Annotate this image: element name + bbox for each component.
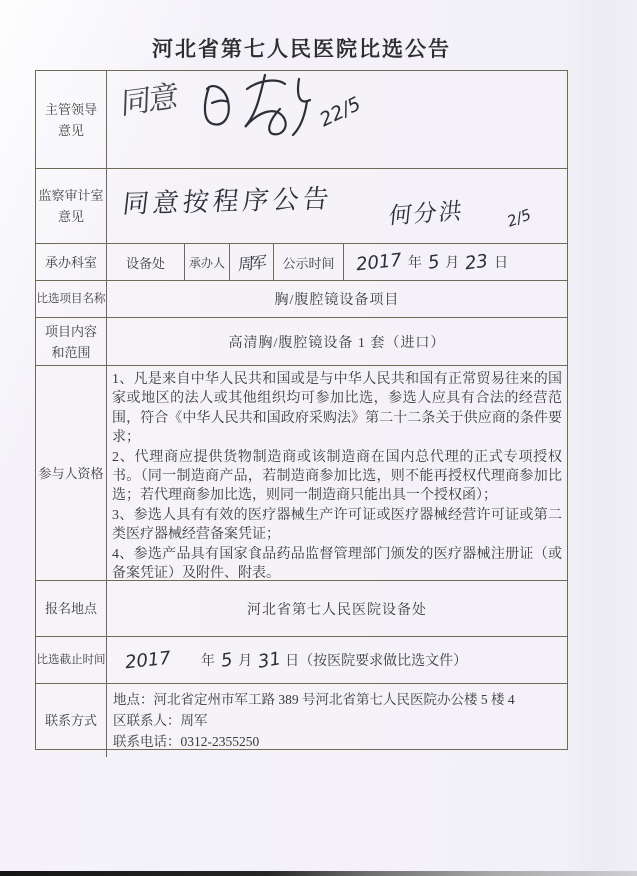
audit-approval-handwriting: 同意按程序公告 <box>121 178 335 221</box>
page-title: 河北省第七人民医院比选公告 <box>35 33 568 63</box>
deadline-month-unit: 月 <box>238 650 252 670</box>
scan-edge-artifact <box>0 871 637 876</box>
row-contact: 联系方式 地点：河北省定州市军工路 389 号河北省第七人民医院办公楼 5 楼 … <box>36 684 567 757</box>
qualification-item-4: 4、参选产品具有国家食品药品监督管理部门颁发的医疗器械注册证（或备案凭证）及附件… <box>112 545 562 584</box>
row-project-scope: 项目内容 和范围 高清胸/腹腔镜设备 1 套（进口） <box>36 318 567 366</box>
publicity-month-handwriting: 5 <box>426 251 440 273</box>
publicity-time-label: 公示时间 <box>274 244 344 280</box>
label-audit-opinion: 监察审计室 意见 <box>36 169 107 243</box>
deadline-month-handwriting: 5 <box>219 649 233 671</box>
label-registration: 报名地点 <box>36 581 107 636</box>
deadline-year-handwriting: 2017 <box>124 647 172 673</box>
department-value: 设备处 <box>107 244 185 280</box>
project-scope-value: 高清胸/腹腔镜设备 1 套（进口） <box>107 318 567 365</box>
row-leader-opinion: 主管领导 意见 同意 22/5 <box>36 71 567 169</box>
row-deadline: 比选截止时间 2017 年 5 月 31 日（按医院要求做比选文件） <box>36 637 567 684</box>
audit-opinion-cell: 同意按程序公告 何分洪 2/5 <box>107 169 567 243</box>
leader-signature-scribble <box>195 71 325 149</box>
audit-date-handwriting: 2/5 <box>505 205 534 230</box>
contact-phone-line: 联系电话：0312-2355250 <box>113 731 561 752</box>
scanned-announcement-page: 河北省第七人民医院比选公告 主管领导 意见 同意 22/5 监察审计室 意见 同… <box>0 0 637 876</box>
year-unit: 年 <box>408 252 422 272</box>
handler-name-handwriting: 周军 <box>238 249 265 275</box>
deadline-year-unit: 年 <box>201 650 215 670</box>
qualifications-text: 1、凡是来自中华人民共和国或是与中华人民共和国有正常贸易往来的国家或地区的法人或… <box>107 366 567 580</box>
qualification-item-3: 3、参选人具有有效的医疗器械生产许可证或医疗器械经营许可证或第二类医疗器械经营备… <box>112 506 562 545</box>
row-audit-opinion: 监察审计室 意见 同意按程序公告 何分洪 2/5 <box>36 169 567 244</box>
announcement-table: 主管领导 意见 同意 22/5 监察审计室 意见 同意按程序公告 何分洪 2/5 <box>35 70 568 750</box>
label-deadline: 比选截止时间 <box>36 637 107 683</box>
deadline-date-cell: 2017 年 5 月 31 日（按医院要求做比选文件） <box>107 637 567 683</box>
label-project-scope: 项目内容 和范围 <box>36 318 107 365</box>
label-project-name: 比选项目名称 <box>36 281 107 317</box>
leader-opinion-cell: 同意 22/5 <box>107 71 567 168</box>
label-leader-opinion: 主管领导 意见 <box>36 71 107 168</box>
contact-person-line: 区联系人：周军 <box>113 710 561 731</box>
contact-address-line: 地点：河北省定州市军工路 389 号河北省第七人民医院办公楼 5 楼 4 <box>113 689 561 710</box>
registration-value: 河北省第七人民医院设备处 <box>107 581 567 636</box>
handler-signature-cell: 周军 <box>230 244 274 280</box>
label-department: 承办科室 <box>36 244 107 280</box>
month-unit: 月 <box>445 252 459 272</box>
publicity-day-handwriting: 23 <box>464 250 489 274</box>
audit-signature-handwriting: 何分洪 <box>387 192 465 231</box>
qualification-item-2: 2、代理商应提供货物制造商或该制造商在国内总代理的正式专项授权书。（同一制造商产… <box>112 448 562 506</box>
row-registration: 报名地点 河北省第七人民医院设备处 <box>36 581 567 637</box>
row-project-name: 比选项目名称 胸/腹腔镜设备项目 <box>36 281 567 318</box>
publicity-date-cell: 2017 年 5 月 23 日 <box>344 244 567 280</box>
leader-approval-handwriting: 同意 <box>120 71 177 123</box>
qualification-item-1: 1、凡是来自中华人民共和国或是与中华人民共和国有正常贸易往来的国家或地区的法人或… <box>112 370 562 448</box>
publicity-year-handwriting: 2017 <box>355 249 403 275</box>
deadline-suffix: 日（按医院要求做比选文件） <box>285 650 467 670</box>
label-contact: 联系方式 <box>36 684 107 757</box>
row-department: 承办科室 设备处 承办人 周军 公示时间 2017 年 5 月 23 日 <box>36 244 567 281</box>
label-qualifications: 参与人资格 <box>36 366 107 580</box>
project-name-value: 胸/腹腔镜设备项目 <box>107 281 567 317</box>
handler-label: 承办人 <box>185 244 230 280</box>
deadline-day-handwriting: 31 <box>257 648 283 672</box>
day-unit: 日 <box>494 252 508 272</box>
row-qualifications: 参与人资格 1、凡是来自中华人民共和国或是与中华人民共和国有正常贸易往来的国家或… <box>36 366 567 581</box>
contact-text: 地点：河北省定州市军工路 389 号河北省第七人民医院办公楼 5 楼 4 区联系… <box>107 684 567 757</box>
